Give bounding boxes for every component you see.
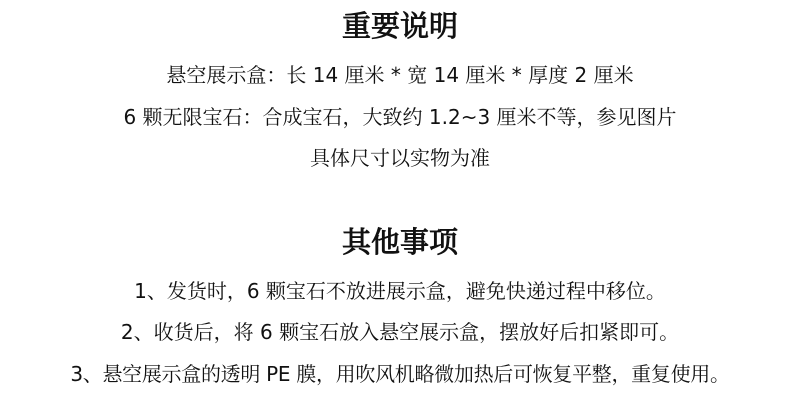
note-line-display-box-size: 悬空展示盒：长 14 厘米 * 宽 14 厘米 * 厚度 2 厘米 — [0, 65, 800, 85]
matter-line-pe-film: 3、悬空展示盒的透明 PE 膜，用吹风机略微加热后可恢复平整，重复使用。 — [0, 364, 800, 384]
matter-line-receiving: 2、收货后，将 6 颗宝石放入悬空展示盒，摆放好后扣紧即可。 — [0, 322, 800, 342]
section-title-important-notes: 重要说明 — [0, 12, 800, 41]
note-line-actual-size: 具体尺寸以实物为准 — [0, 148, 800, 168]
section-title-other-matters: 其他事项 — [0, 228, 800, 257]
note-line-gem-size: 6 颗无限宝石：合成宝石，大致约 1.2~3 厘米不等，参见图片 — [0, 107, 800, 127]
matter-line-shipping: 1、发货时，6 颗宝石不放进展示盒，避免快递过程中移位。 — [0, 281, 800, 301]
